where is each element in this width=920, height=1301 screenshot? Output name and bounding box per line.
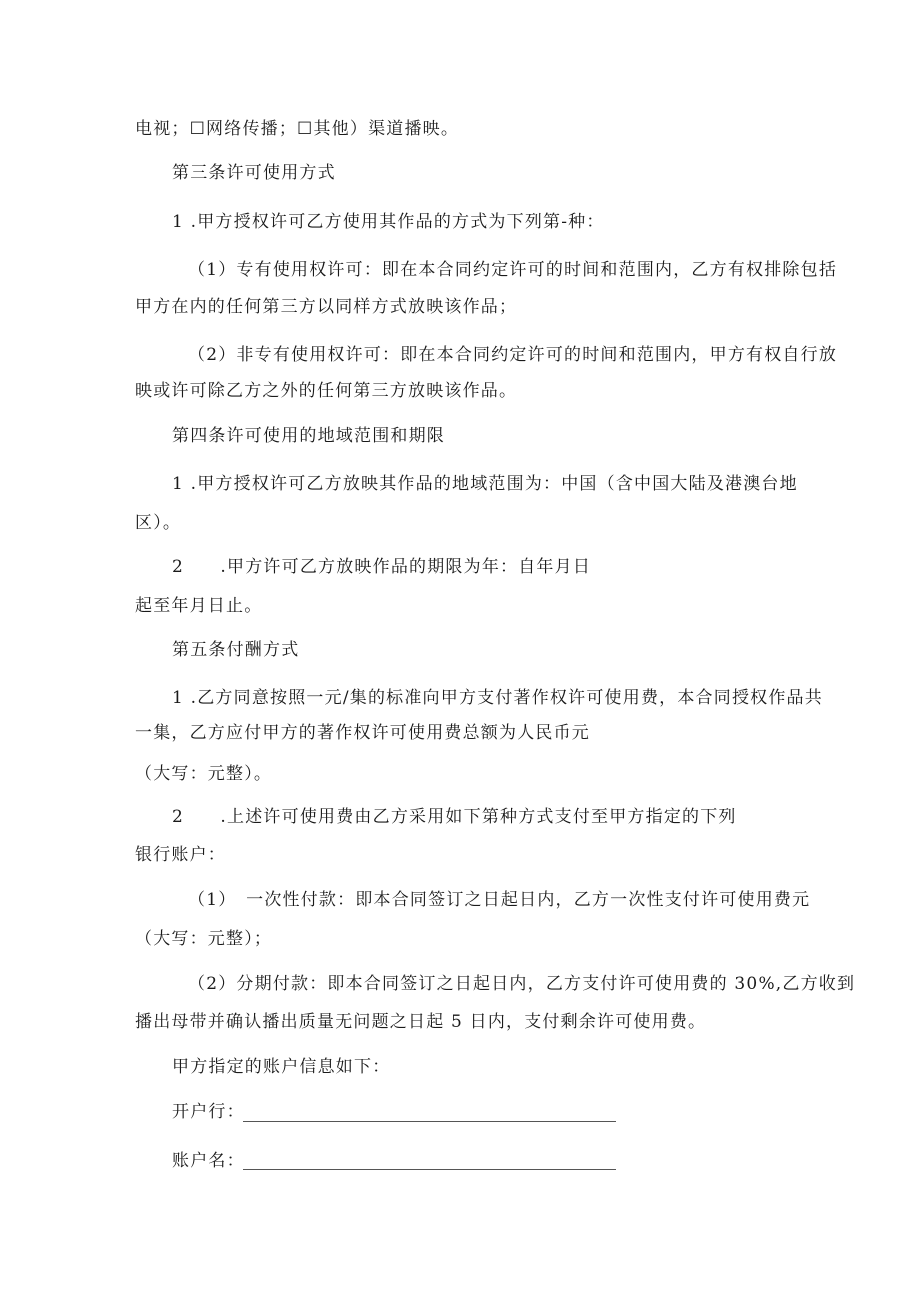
article-5-item-1-line-3: （大写：元整）。 [135,763,272,785]
article-4-item-2-line-1: 2 .甲方许可乙方放映作品的期限为年：自年月日 [172,556,591,578]
payment-option-2-line-2: 播出母带并确认播出质量无问题之日起 5 日内，支付剩余许可使用费。 [135,1011,706,1033]
article-3-option-1-line-2: 甲方在内的任何第三方以同样方式放映该作品； [135,296,517,318]
payment-option-2-line-1: （2）分期付款：即本合同签订之日起日内，乙方支付许可使用费的 30%,乙方收到 [188,973,855,995]
article-3-heading: 第三条许可使用方式 [172,162,336,184]
bank-name-blank-field[interactable] [243,1121,616,1122]
article-3-option-2-line-1: （2）非专有使用权许可：即在本合同约定许可的时间和范围内，甲方有权自行放 [188,344,837,366]
article-3-option-2-line-2: 映或许可除乙方之外的任何第三方放映该作品。 [135,380,517,402]
payment-option-1-line-1: （1） 一次性付款：即本合同签订之日起日内，乙方一次性支付许可使用费元 [188,889,810,911]
article-5-item-2-line-1: 2 .上述许可使用费由乙方采用如下第种方式支付至甲方指定的下列 [172,806,737,828]
payment-option-1-line-2: （大写：元整）； [135,928,272,950]
article-3-item-1: 1 .甲方授权许可乙方使用其作品的方式为下列第-种： [172,211,605,233]
article-5-item-1-line-2: 一集，乙方应付甲方的著作权许可使用费总额为人民币元 [135,722,590,744]
article-4-heading: 第四条许可使用的地域范围和期限 [172,425,445,447]
article-5-item-1-line-1: 1 .乙方同意按照一元/集的标准向甲方支付著作权许可使用费，本合同授权作品共 [172,687,823,709]
article-3-option-1-line-1: （1）专有使用权许可：即在本合同约定许可的时间和范围内，乙方有权排除包括 [188,259,837,281]
article-5-item-2-line-2: 银行账户： [135,844,226,866]
document-page: 电视；☐网络传播；☐其他）渠道播映。 第三条许可使用方式 1 .甲方授权许可乙方… [0,0,920,1301]
article-4-item-2-line-2: 起至年月日止。 [135,595,262,617]
account-name-label: 账户名： [172,1150,245,1172]
article-5-heading: 第五条付酬方式 [172,639,299,661]
account-name-blank-field[interactable] [243,1169,616,1170]
paragraph-channels-continuation: 电视；☐网络传播；☐其他）渠道播映。 [135,118,459,140]
bank-name-label: 开户行： [172,1101,245,1123]
account-info-intro: 甲方指定的账户信息如下： [172,1056,390,1078]
article-4-item-1-line-1: 1 .甲方授权许可乙方放映其作品的地域范围为：中国（含中国大陆及港澳台地 [172,473,798,495]
article-4-item-1-line-2: 区）。 [135,512,181,534]
